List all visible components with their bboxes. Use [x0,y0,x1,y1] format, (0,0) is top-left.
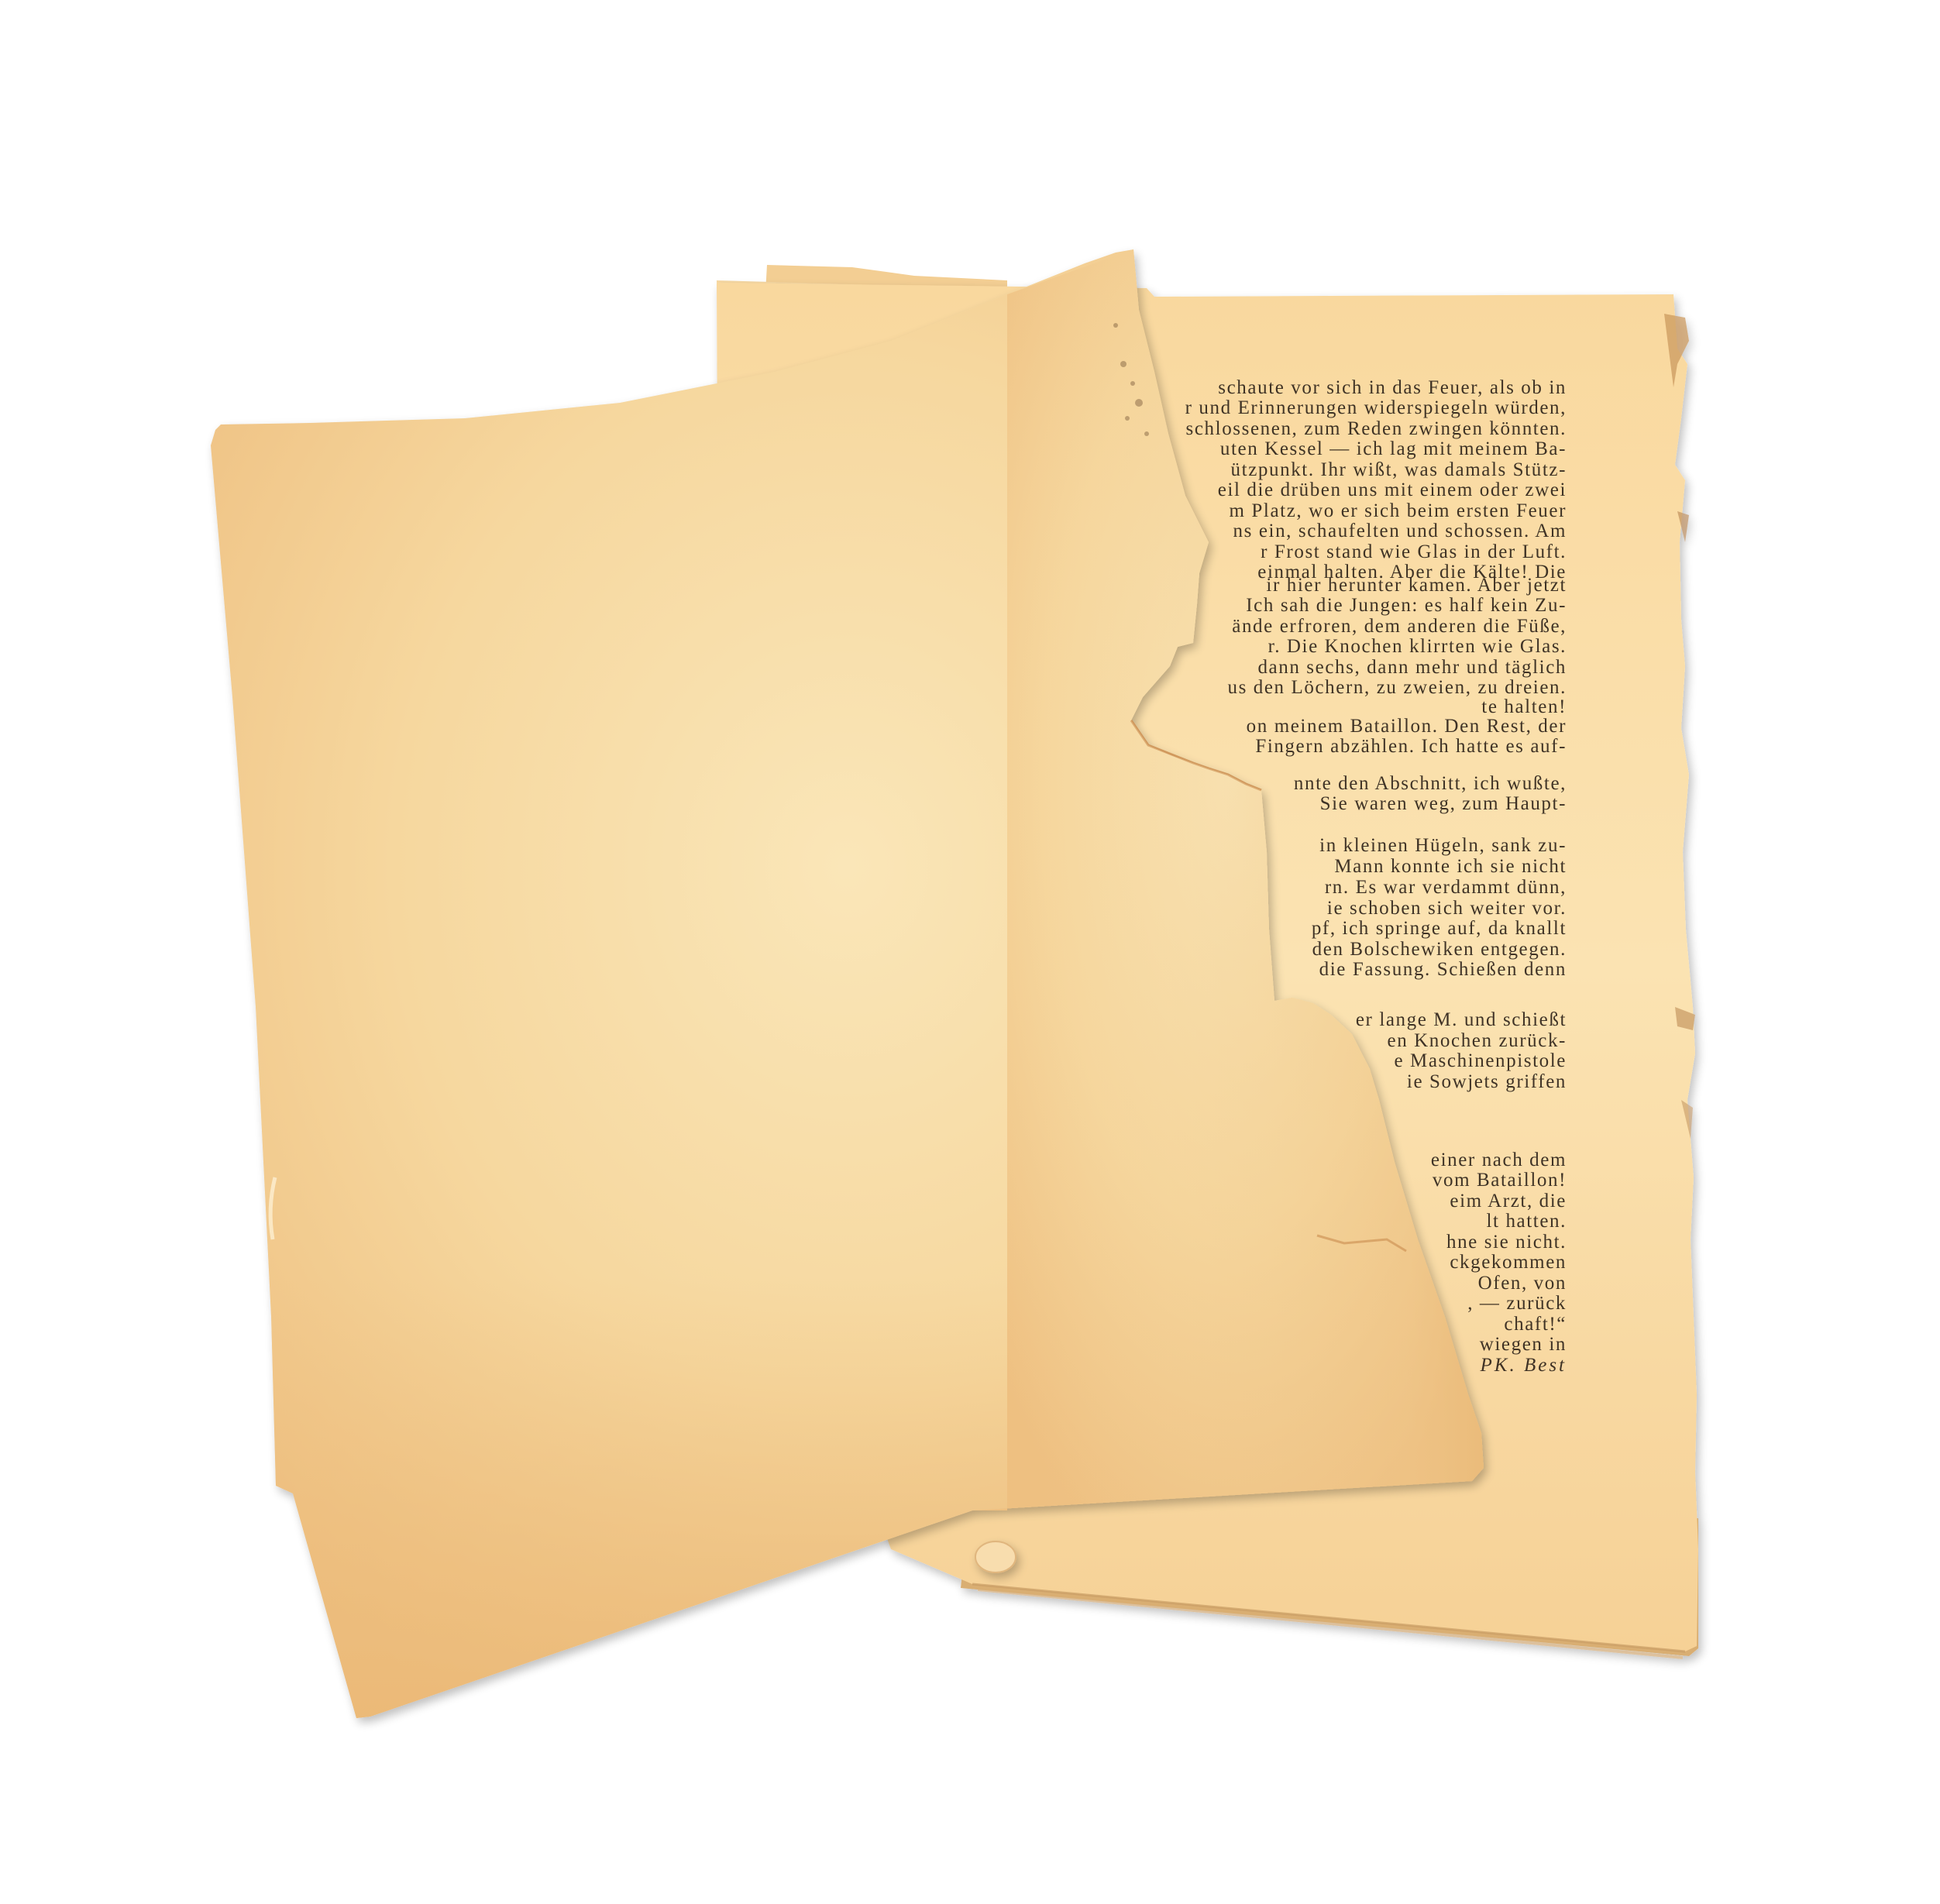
round-spot [975,1541,1016,1572]
paper-scene: schaute vor sich in das Feuer, als ob in… [0,0,1940,1904]
paper-sheets [0,0,1940,1904]
